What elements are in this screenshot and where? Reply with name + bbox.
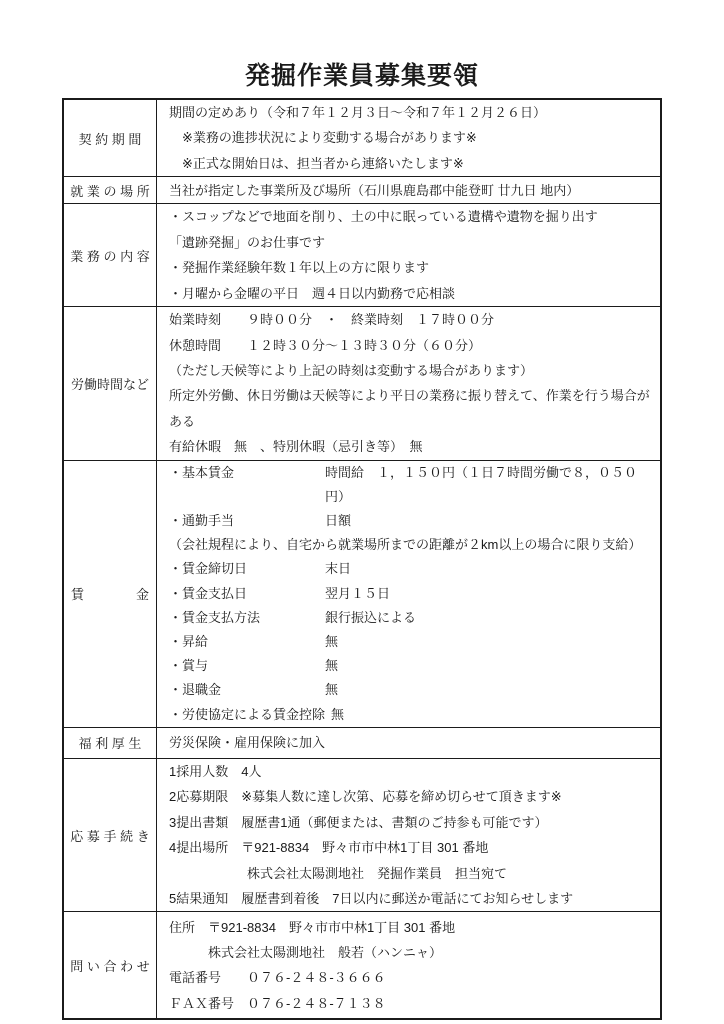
content-line: ・昇給無	[169, 630, 652, 654]
row-content: 労災保険・雇用保険に加入	[157, 728, 660, 758]
content-line: （会社規程により、自宅から就業場所までの距離が２km以上の場合に限り支給）	[169, 533, 652, 557]
table-row: 業 務 の 内 容・スコップなどで地面を削り、土の中に眠っている遺構や遺物を掘り…	[64, 203, 660, 306]
content-line: 有給休暇 無 、特別休暇（忌引き等） 無	[169, 434, 652, 459]
line-value: 日額	[325, 509, 652, 533]
table-row: 福 利 厚 生労災保険・雇用保険に加入	[64, 727, 660, 758]
content-line: ・スコップなどで地面を削り、土の中に眠っている遺構や遺物を掘り出す	[169, 204, 652, 229]
page-title: 発掘作業員募集要領	[62, 56, 662, 92]
line-value: 翌月１５日	[325, 582, 652, 606]
content-line: 5結果通知 履歴書到着後 7日以内に郵送か電話にてお知らせします	[169, 886, 652, 911]
table-row: 問 い 合 わ せ住所 〒921-8834 野々市市中林1丁目 301 番地 株…	[64, 911, 660, 1018]
line-value: 末日	[325, 557, 652, 581]
content-line: ・賃金支払方法銀行振込による	[169, 606, 652, 630]
line-term: ・労使協定による賃金控除	[169, 703, 331, 727]
table-row: 労働時間など始業時刻 ９時００分 ・ 終業時刻 １７時００分休憩時間 １２時３０…	[64, 306, 660, 459]
content-line: ・通勤手当日額	[169, 509, 652, 533]
content-line: ・発掘作業経験年数１年以上の方に限ります	[169, 255, 652, 280]
content-line: ・賞与無	[169, 654, 652, 678]
row-content: 当社が指定した事業所及び場所（石川県鹿島郡中能登町 廿九日 地内）	[157, 177, 660, 203]
row-content: ・基本賃金時間給 １，１５０円（１日７時間労働で８，０５０円）・通勤手当日額（会…	[157, 461, 660, 727]
line-value: 無	[325, 654, 652, 678]
line-term: ・基本賃金	[169, 461, 325, 509]
content-line: 当社が指定した事業所及び場所（石川県鹿島郡中能登町 廿九日 地内）	[169, 178, 652, 203]
row-content: 住所 〒921-8834 野々市市中林1丁目 301 番地 株式会社太陽測地社 …	[157, 912, 660, 1018]
row-label: 業 務 の 内 容	[64, 204, 157, 306]
content-line: ・基本賃金時間給 １，１５０円（１日７時間労働で８，０５０円）	[169, 461, 652, 509]
line-value: 時間給 １，１５０円（１日７時間労働で８，０５０円）	[325, 461, 652, 509]
content-line: 1採用人数 4人	[169, 759, 652, 784]
row-label: 就 業 の 場 所	[64, 177, 157, 203]
row-content: ・スコップなどで地面を削り、土の中に眠っている遺構や遺物を掘り出す「遺跡発掘」の…	[157, 204, 660, 306]
table-row: 賃 金・基本賃金時間給 １，１５０円（１日７時間労働で８，０５０円）・通勤手当日…	[64, 460, 660, 727]
content-line: ・月曜から金曜の平日 週４日以内勤務で応相談	[169, 281, 652, 306]
line-term: ・賃金支払方法	[169, 606, 325, 630]
row-label: 応 募 手 続 き	[64, 759, 157, 911]
row-content: 期間の定めあり（令和７年１２月３日～令和７年１２月２６日） ※業務の進捗状況によ…	[157, 100, 660, 176]
row-label: 賃 金	[64, 461, 157, 727]
content-line: 所定外労働、休日労働は天候等により平日の業務に振り替えて、作業を行う場合がある	[169, 383, 652, 434]
line-value: 無	[331, 703, 652, 727]
line-term: ・退職金	[169, 678, 325, 702]
content-line: （ただし天候等により上記の時刻は変動する場合があります）	[169, 358, 652, 383]
content-line: 休憩時間 １２時３０分～１３時３０分（６０分）	[169, 333, 652, 358]
line-term: ・賞与	[169, 654, 325, 678]
document-page: 発掘作業員募集要領 契 約 期 間期間の定めあり（令和７年１２月３日～令和７年１…	[0, 0, 724, 1024]
content-line: 株式会社太陽測地社 発掘作業員 担当宛て	[169, 861, 652, 886]
row-label: 問 い 合 わ せ	[64, 912, 157, 1018]
content-line: 3提出書類 履歴書1通（郵便または、書類のご持参も可能です）	[169, 810, 652, 835]
line-value: 無	[325, 678, 652, 702]
content-line: ＦＡＸ番号 ０７６-２４８-７１３８	[169, 991, 652, 1016]
row-label: 福 利 厚 生	[64, 728, 157, 758]
line-term: ・賃金支払日	[169, 582, 325, 606]
content-line: ・賃金締切日末日	[169, 557, 652, 581]
line-value: 銀行振込による	[325, 606, 652, 630]
table-row: 応 募 手 続 き1採用人数 4人2応募期限 ※募集人数に達し次第、応募を締め切…	[64, 758, 660, 911]
line-value: 無	[325, 630, 652, 654]
content-line: 始業時刻 ９時００分 ・ 終業時刻 １７時００分	[169, 307, 652, 332]
line-term: ・通勤手当	[169, 509, 325, 533]
content-line: 期間の定めあり（令和７年１２月３日～令和７年１２月２６日）	[169, 100, 652, 125]
line-term: ・賃金締切日	[169, 557, 325, 581]
row-label: 契 約 期 間	[64, 100, 157, 176]
row-content: 始業時刻 ９時００分 ・ 終業時刻 １７時００分休憩時間 １２時３０分～１３時３…	[157, 307, 660, 459]
content-line: 4提出場所 〒921-8834 野々市市中林1丁目 301 番地	[169, 835, 652, 860]
content-line: 2応募期限 ※募集人数に達し次第、応募を締め切らせて頂きます※	[169, 784, 652, 809]
content-line: 電話番号 ０７６-２４８-３６６６	[169, 965, 652, 990]
content-line: ・賃金支払日翌月１５日	[169, 582, 652, 606]
content-line: ※業務の進捗状況により変動する場合があります※	[169, 125, 652, 150]
row-label: 労働時間など	[64, 307, 157, 459]
content-line: ・労使協定による賃金控除無	[169, 703, 652, 727]
line-term: ・昇給	[169, 630, 325, 654]
row-content: 1採用人数 4人2応募期限 ※募集人数に達し次第、応募を締め切らせて頂きます※3…	[157, 759, 660, 911]
content-line: 株式会社太陽測地社 般若（ハンニャ）	[169, 940, 652, 965]
content-line: ※正式な開始日は、担当者から連絡いたします※	[169, 151, 652, 176]
content-line: ・退職金無	[169, 678, 652, 702]
table-row: 契 約 期 間期間の定めあり（令和７年１２月３日～令和７年１２月２６日） ※業務…	[64, 100, 660, 176]
table-row: 就 業 の 場 所当社が指定した事業所及び場所（石川県鹿島郡中能登町 廿九日 地…	[64, 176, 660, 203]
content-line: 住所 〒921-8834 野々市市中林1丁目 301 番地	[169, 915, 652, 940]
content-line: 「遺跡発掘」のお仕事です	[169, 230, 652, 255]
recruitment-table: 契 約 期 間期間の定めあり（令和７年１２月３日～令和７年１２月２６日） ※業務…	[62, 98, 662, 1020]
content-line: 労災保険・雇用保険に加入	[169, 730, 652, 755]
